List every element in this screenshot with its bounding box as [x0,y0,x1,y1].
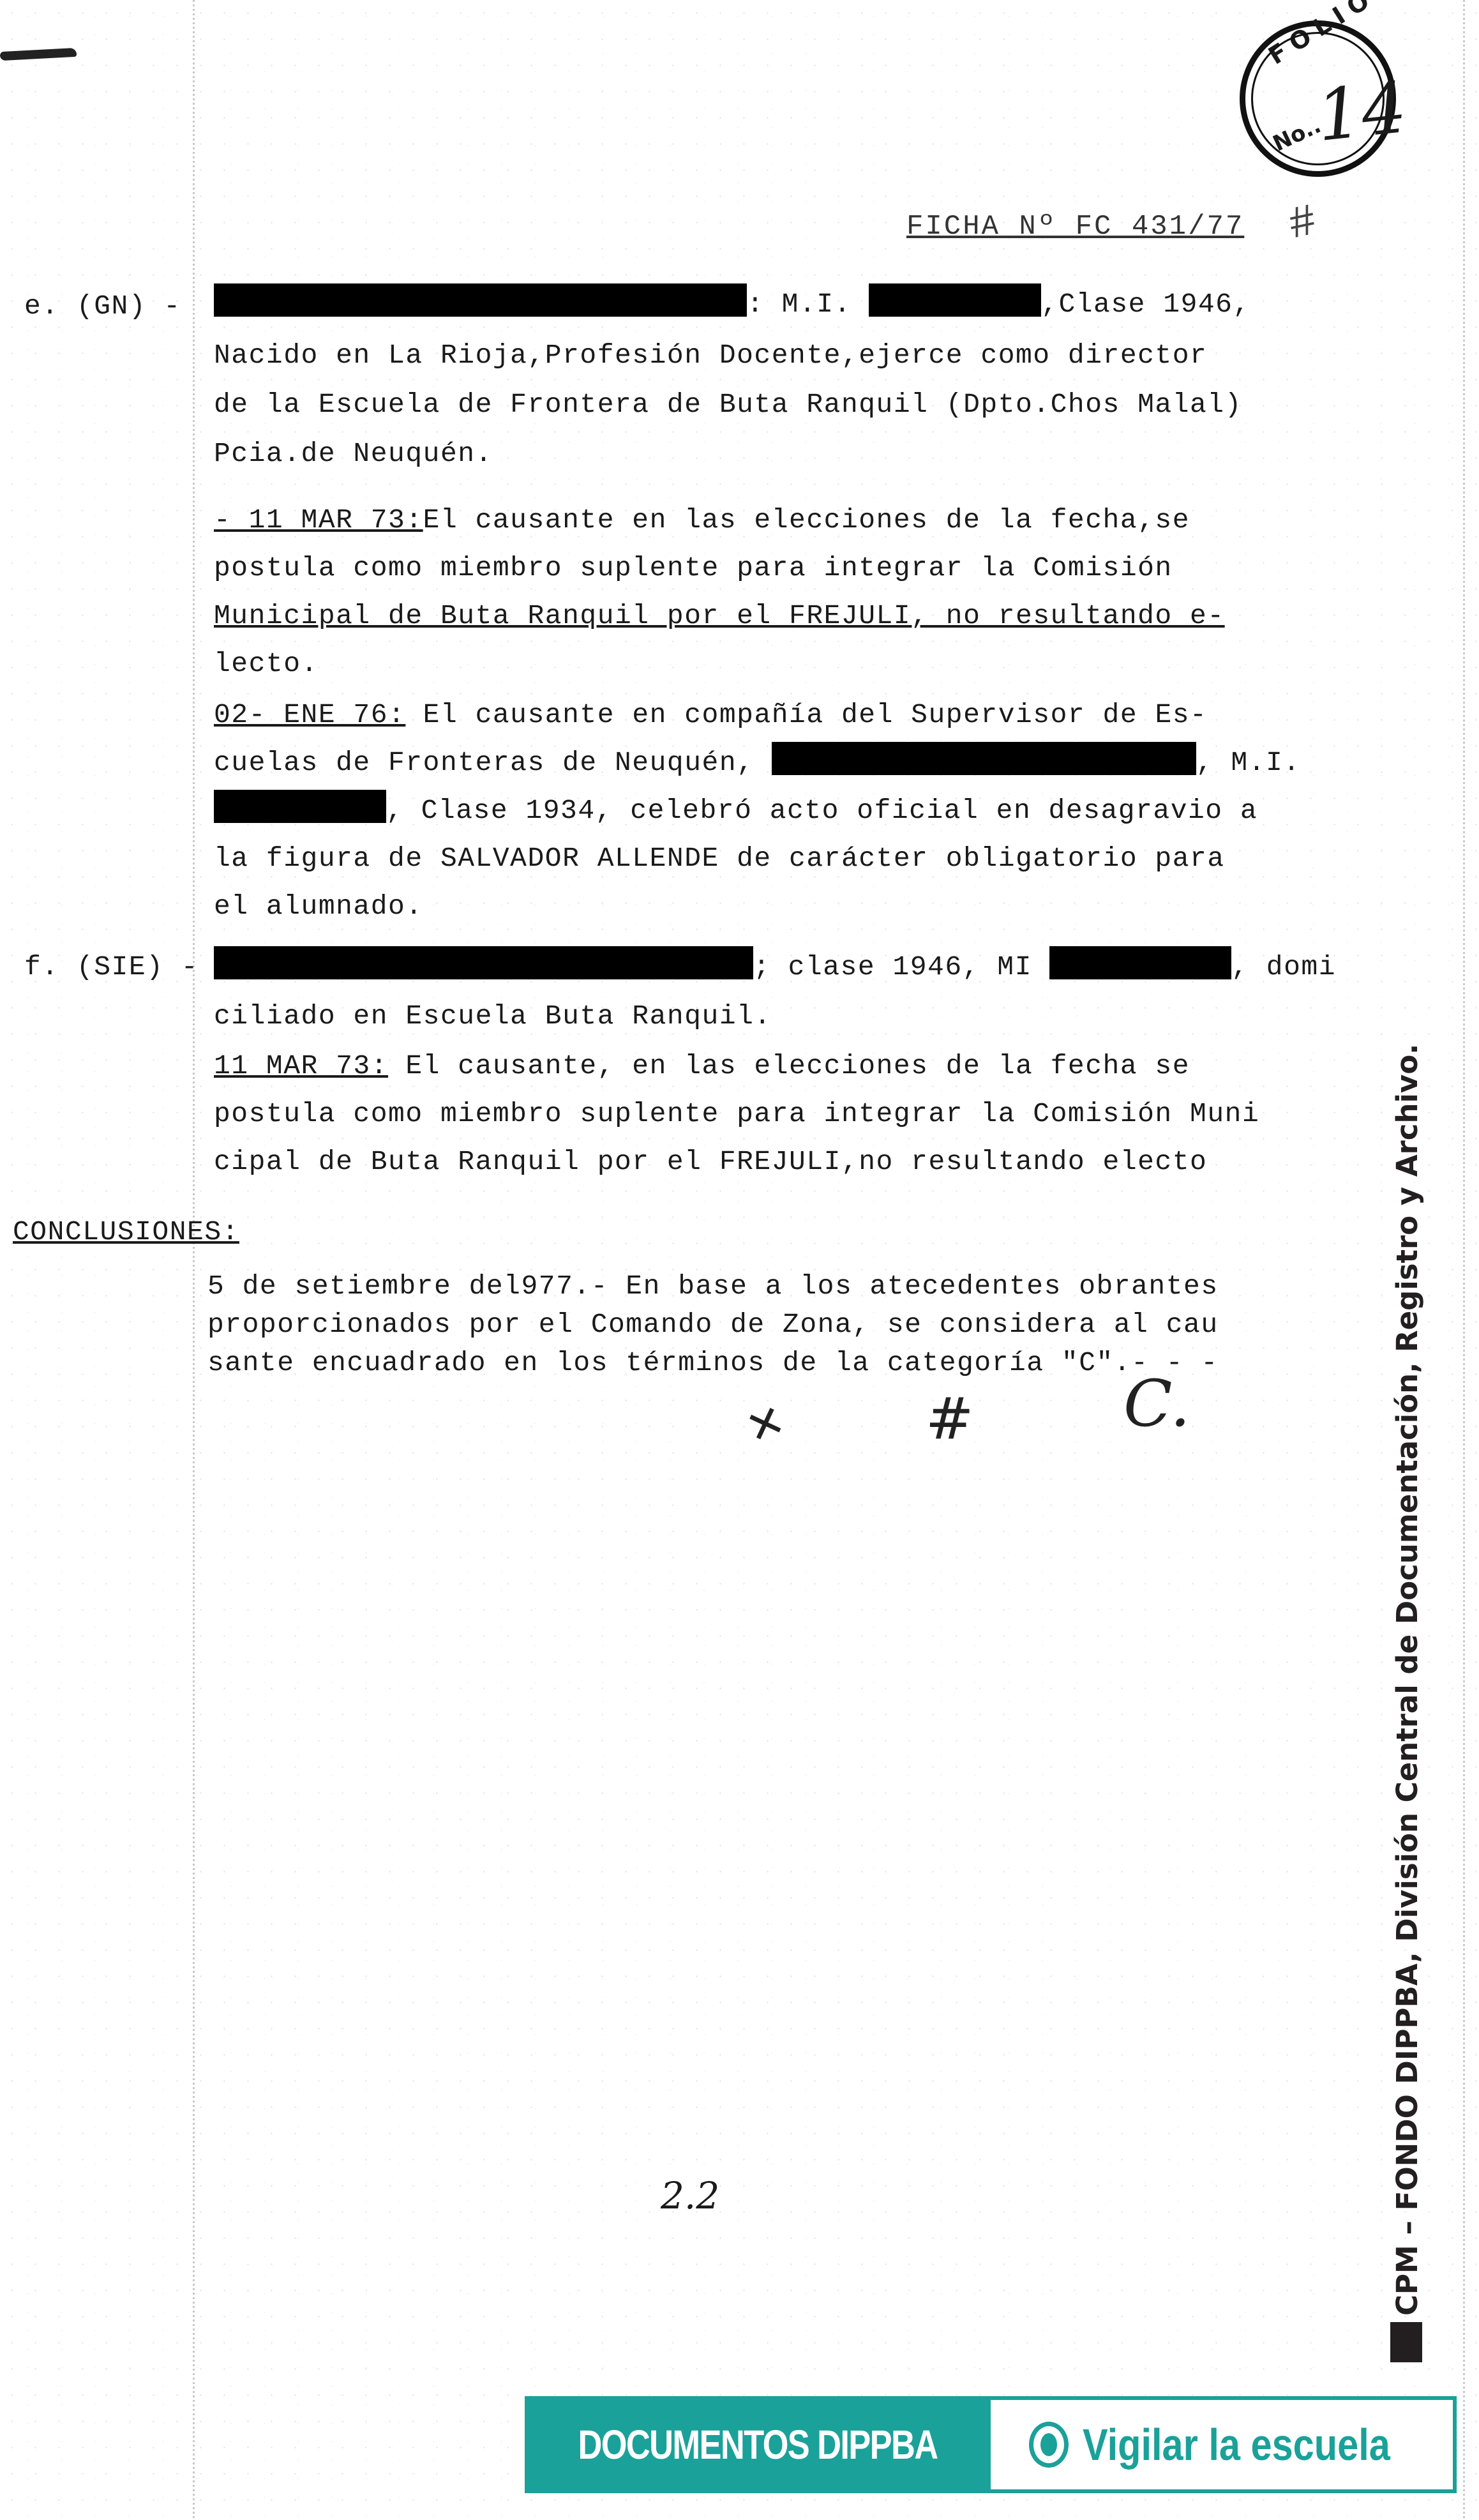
event-e1-line-4: lecto. [214,640,319,688]
event-e2-line-2: cuelas de Fronteras de Neuquén, , M.I. [214,739,1301,787]
conclusions-line-3: sante encuadrado en los términos de la c… [207,1344,1219,1382]
conclusions-line-2: proporcionados por el Comando de Zona, s… [207,1306,1219,1344]
signature-hash: # [926,1385,973,1452]
conclusions-line-1: 5 de setiembre del977.- En base a los at… [207,1267,1219,1306]
scan-fold-line [193,0,195,2520]
event-e2-line-4: la figura de SALVADOR ALLENDE de carácte… [214,835,1225,882]
redaction-id [1049,946,1231,979]
page-number: 2.2 [661,2174,719,2217]
redaction-id [214,790,386,823]
entry-label-e: e. (GN) - [24,290,181,322]
scan-edge-line [1463,0,1465,2520]
event-f1-line-1: 11 MAR 73: El causante, en las eleccione… [214,1043,1190,1090]
event-e1-line-1: - 11 MAR 73:El causante en las eleccione… [214,497,1190,544]
entry-f-line-2: ciliado en Escuela Buta Ranquil. [214,993,772,1040]
event-date: 11 MAR 73: [214,1050,388,1082]
banner-theme-label: Vigilar la escuela [1083,2419,1390,2470]
conclusions-heading: CONCLUSIONES: [13,1216,239,1248]
event-f1-line-2: postula como miembro suplente para integ… [214,1090,1259,1138]
event-f1-line-3: cipal de Buta Ranquil por el FREJULI,no … [214,1138,1207,1186]
event-date: - 11 MAR 73: [214,504,423,536]
entry-e-line-3: de la Escuela de Frontera de Buta Ranqui… [214,381,1242,428]
entry-f-line-1: ; clase 1946, MI , domi [214,944,1336,991]
entry-label-f: f. (SIE) - [24,951,199,983]
redaction-name [214,946,753,979]
redaction-name [214,283,747,317]
event-e2-line-1: 02- ENE 76: El causante en compañía del … [214,691,1207,739]
archive-credit: CPM – FONDO DIPPBA, División Central de … [1390,1044,1424,2362]
entry-e-line-2: Nacido en La Rioja,Profesión Docente,eje… [214,332,1207,379]
entry-e-line-4: Pcia.de Neuquén. [214,430,493,478]
banner-theme: Vigilar la escuela [991,2400,1453,2489]
event-e1-line-3: Municipal de Buta Ranquil por el FREJULI… [214,592,1225,640]
folio-number: 14 [1313,66,1411,157]
redaction-id [869,283,1041,317]
signature-c: C. [1123,1366,1190,1441]
folio-no-label: No.. [1269,112,1325,156]
credit-square [1390,2322,1422,2362]
redaction-name [772,742,1196,775]
event-date: 02- ENE 76: [214,699,405,730]
event-e2-line-5: el alumnado. [214,883,423,930]
event-e1-line-2: postula como miembro suplente para integ… [214,545,1173,592]
event-e2-line-3: , Clase 1934, celebró acto oficial en de… [214,787,1258,834]
banner-collection-title: DOCUMENTOS DIPPBA [567,2396,949,2493]
target-icon [1029,2422,1069,2468]
ficha-number: FICHA Nº FC 431/77 [906,211,1244,243]
folio-stamp: FOLIO No.. 14 [1240,20,1396,177]
entry-e-line-1: : M.I. ,Clase 1946, [214,281,1250,328]
collection-banner: DOCUMENTOS DIPPBA Vigilar la escuela [525,2396,1457,2493]
